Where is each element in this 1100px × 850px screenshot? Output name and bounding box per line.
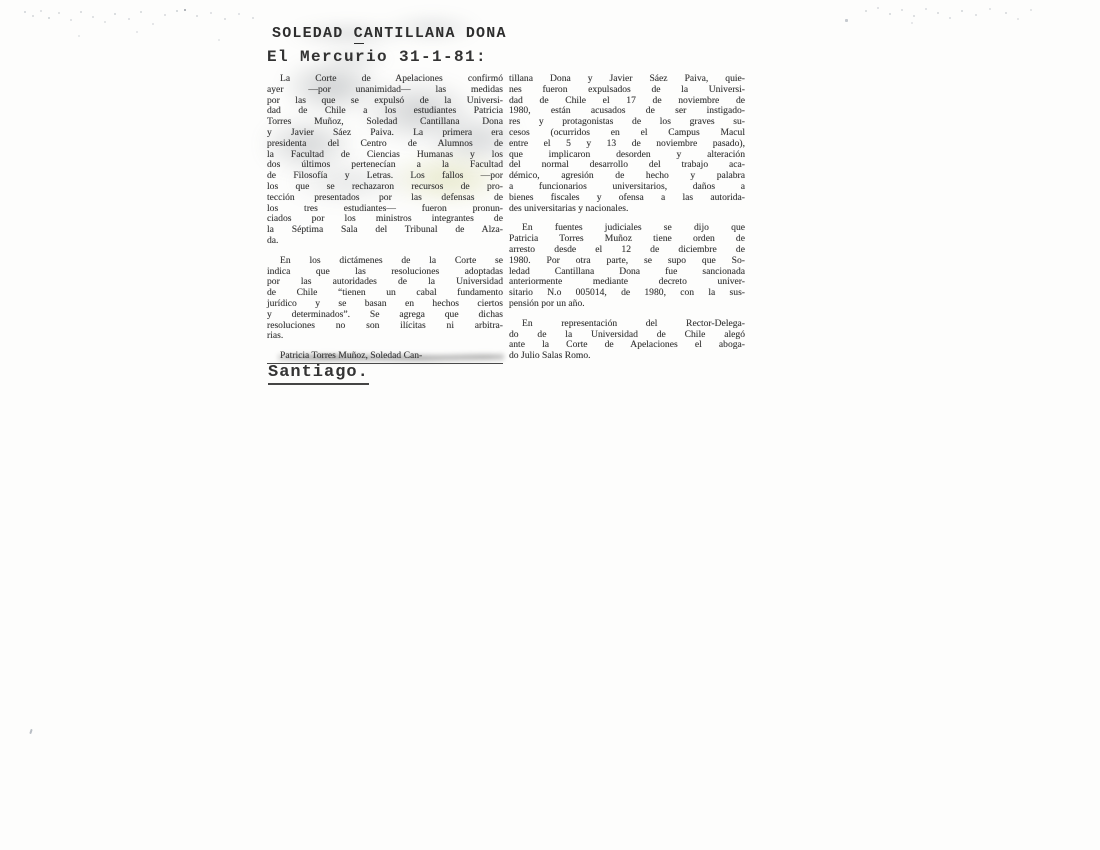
article-line: presidenta del Centro de Alumnos de [267,139,503,150]
scan-noise-dot [29,729,32,734]
paragraph: En fuentes judiciales se dijo quePatrici… [509,223,745,309]
article-line: da. [267,236,503,247]
article-line: bienes fiscales y ofensa a las autorida- [509,193,745,204]
article-line: rias. [267,331,503,342]
scan-noise-dot [845,19,848,22]
article-line: 1980. Por otra parte, se supo que So- [509,256,745,267]
clipping-headline: SOLEDAD CANTILLANA DONA [272,25,507,42]
article-line: En representación del Rector-Delega- [509,319,745,330]
scan-noise-top-right [865,6,867,8]
article-line: do Julio Salas Romo. [509,351,745,362]
article-line: nes fueron expulsados de la Universi- [509,85,745,96]
city-annotation: Santiago. [268,363,369,385]
article-line: y determinados”. Se agrega que dichas [267,310,503,321]
article-line: En los dictámenes de la Corte se [267,256,503,267]
headline-underlined-letter: C [354,25,364,44]
article-line: des universitarias y nacionales. [509,204,745,215]
source-dateline: El Mercurio 31-1-81: [267,48,487,66]
article-line: tección presentados por las defensas de [267,193,503,204]
scan-noise-top-left [18,9,20,11]
article-line: Patricia Torres Muñoz, Soledad Can- [267,351,503,364]
article-line: entre el 5 y 13 de noviembre pasado), [509,139,745,150]
article-column-right: tillana Dona y Javier Sáez Paiva, quie-n… [509,74,745,373]
paragraph: En representación del Rector-Delega-do d… [509,319,745,362]
headline-post: ANTILLANA DONA [364,25,507,42]
article-columns: La Corte de Apelaciones confirmóayer —po… [267,74,745,373]
article-line: ayer —por unanimidad— las medidas [267,85,503,96]
paragraph: Patricia Torres Muñoz, Soledad Can- [267,351,503,364]
article-column-left: La Corte de Apelaciones confirmóayer —po… [267,74,503,373]
scanned-page: SOLEDAD CANTILLANA DONA El Mercurio 31-1… [0,0,1100,850]
paragraph: En los dictámenes de la Corte seindica q… [267,256,503,342]
article-line: la Séptima Sala del Tribunal de Alza- [267,225,503,236]
article-line: resoluciones no son ilícitas ni arbitra- [267,321,503,332]
headline-pre: SOLEDAD [272,25,354,42]
paragraph: La Corte de Apelaciones confirmóayer —po… [267,74,503,247]
paragraph: tillana Dona y Javier Sáez Paiva, quie-n… [509,74,745,214]
article-line: pensión por un año. [509,299,745,310]
